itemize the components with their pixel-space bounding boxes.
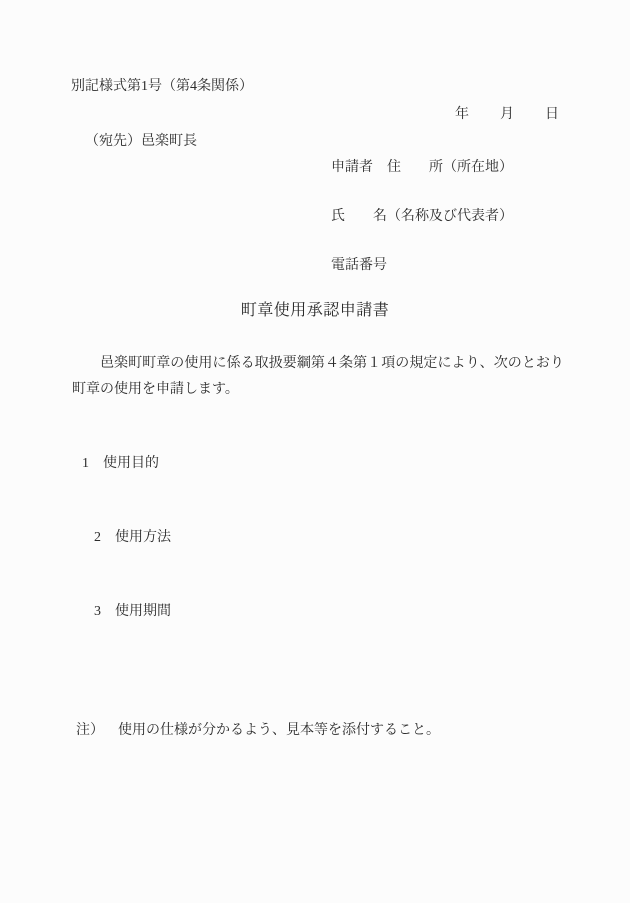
list-item-usage-period: 3使用期間: [94, 602, 171, 622]
document-title: 町章使用承認申請書: [0, 300, 630, 322]
item-label: 使用期間: [115, 604, 171, 619]
note-marker: 注）: [76, 723, 104, 738]
applicant-address-label: 申請者 住 所（所在地）: [331, 158, 513, 178]
applicant-name-label: 氏 名（名称及び代表者）: [331, 207, 513, 227]
list-item-usage-purpose: 1使用目的: [82, 454, 159, 474]
applicant-phone-label: 電話番号: [331, 256, 387, 276]
body-paragraph: 邑楽町町章の使用に係る取扱要綱第４条第１項の規定により、次のとおり町章の使用を申…: [72, 351, 564, 403]
addressee: （宛先）邑楽町長: [85, 132, 197, 152]
date-line: 年 月 日: [0, 105, 630, 125]
year-label: 年: [455, 105, 469, 125]
item-label: 使用目的: [103, 456, 159, 471]
form-number: 別記様式第1号（第4条関係）: [71, 77, 253, 97]
list-item-usage-method: 2使用方法: [94, 528, 171, 548]
item-number: 1: [82, 456, 89, 471]
day-label: 日: [545, 105, 559, 125]
note: 注） 使用の仕様が分かるよう、見本等を添付すること。: [76, 721, 104, 741]
document-page: 別記様式第1号（第4条関係） 年 月 日 （宛先）邑楽町長 申請者 住 所（所在…: [0, 0, 630, 903]
item-number: 3: [94, 604, 101, 619]
item-label: 使用方法: [115, 530, 171, 545]
month-label: 月: [500, 105, 514, 125]
note-text: 使用の仕様が分かるよう、見本等を添付すること。: [118, 721, 440, 741]
item-number: 2: [94, 530, 101, 545]
